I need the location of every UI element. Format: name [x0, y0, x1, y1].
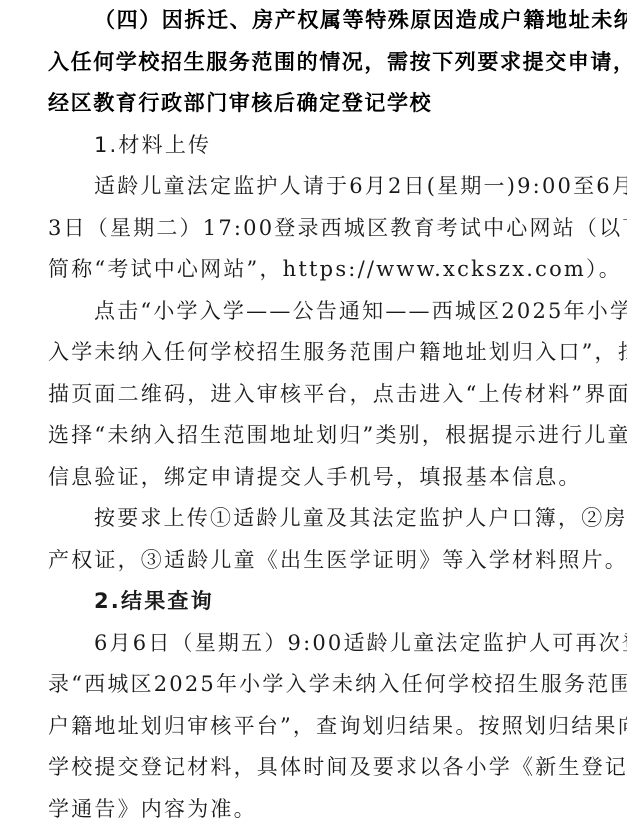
subsection-1-title: 1.材料上传: [94, 130, 604, 160]
paragraph-1-line-3: 简称“考试中心网站”，https://www.xckszx.com）。: [48, 254, 604, 284]
paragraph-4-line-4: 学校提交登记材料，具体时间及要求以各小学《新生登记入: [48, 752, 604, 782]
paragraph-4-line-5: 学通告》内容为准。: [48, 794, 604, 824]
paragraph-4-line-1: 6月6日（星期五）9:00适龄儿童法定监护人可再次登: [94, 628, 604, 658]
paragraph-4-line-2: 录“西城区2025年小学入学未纳入任何学校招生服务范围: [48, 669, 604, 699]
section-heading-line-1: （四）因拆迁、房产权属等特殊原因造成户籍地址未纳: [94, 5, 604, 35]
paragraph-1-line-2: 3日（星期二）17:00登录西城区教育考试中心网站（以下: [48, 213, 604, 243]
paragraph-3-line-1: 按要求上传①适龄儿童及其法定监护人户口簿，②房屋: [94, 503, 604, 533]
paragraph-2-line-5: 信息验证，绑定申请提交人手机号，填报基本信息。: [48, 462, 604, 492]
section-heading-line-3: 经区教育行政部门审核后确定登记学校: [48, 88, 604, 118]
paragraph-3-line-2: 产权证，③适龄儿童《出生医学证明》等入学材料照片。: [48, 545, 604, 575]
paragraph-4-line-3: 户籍地址划归审核平台”，查询划归结果。按照划归结果向: [48, 711, 604, 741]
subsection-2-title: 2.结果查询: [94, 586, 604, 616]
section-heading-line-2: 入任何学校招生服务范围的情况，需按下列要求提交申请，: [48, 47, 604, 77]
paragraph-1-line-1: 适龄儿童法定监护人请于6月2日(星期一)9:00至6月: [94, 171, 604, 201]
paragraph-2-line-1: 点击“小学入学——公告通知——西城区2025年小学: [94, 296, 604, 326]
paragraph-2-line-4: 选择“未纳入招生范围地址划归”类别，根据提示进行儿童: [48, 420, 604, 450]
paragraph-2-line-3: 描页面二维码，进入审核平台，点击进入“上传材料”界面，: [48, 379, 604, 409]
document-page: （四）因拆迁、房产权属等特殊原因造成户籍地址未纳 入任何学校招生服务范围的情况，…: [0, 0, 627, 831]
paragraph-2-line-2: 入学未纳入任何学校招生服务范围户籍地址划归入口”，扫: [48, 337, 604, 367]
